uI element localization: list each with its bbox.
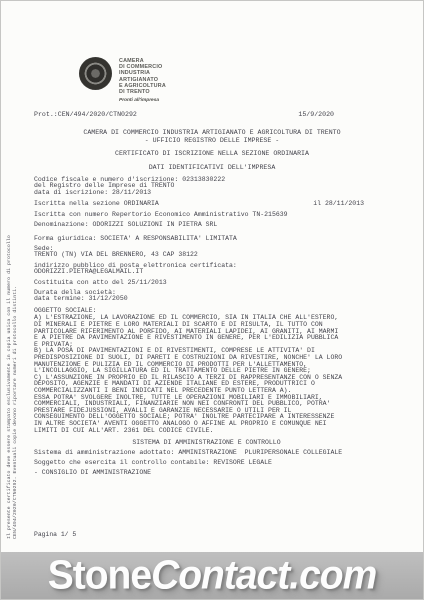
sistema-adottato: Sistema di amministrazione adottato: AMM…	[34, 450, 379, 456]
watermark-stone: Stone	[48, 552, 151, 597]
org-title-line1: CAMERA DI COMMERCIO INDUSTRIA ARTIGIANAT…	[1, 129, 423, 136]
field-sezione: Iscritta nella sezione ORDINARIA	[34, 201, 159, 207]
field-sezione-date: il 28/11/2013	[313, 201, 364, 207]
watermark-band: StoneContact.com	[1, 552, 423, 599]
chamber-tagline: Pronti all'impresa	[119, 98, 166, 103]
field-rea: Iscritta con numero Repertorio Economico…	[34, 212, 379, 218]
field-codice-fiscale: Codice fiscale e numero d'iscrizione: 02…	[34, 177, 379, 196]
field-durata: Durata della società: data termine: 31/1…	[34, 290, 379, 303]
sistema-title: SISTEMA DI AMMINISTRAZIONE E CONTROLLO	[34, 440, 379, 446]
stonecontact-watermark: StoneContact.com	[48, 552, 377, 598]
field-denominazione: Denominazione: ODORIZZI SOLUZIONI IN PIE…	[34, 222, 379, 228]
document-date: 15/9/2020	[298, 111, 334, 118]
sistema-consiglio: - CONSIGLIO DI AMMINISTRAZIONE	[34, 470, 379, 476]
chamber-logo-text: CAMERA DI COMMERCIO INDUSTRIA ARTIGIANAT…	[119, 57, 166, 103]
oggetto-sociale-body: A) L'ESTRAZIONE, LA LAVORAZIONE ED IL CO…	[34, 315, 379, 434]
field-forma-giuridica: Forma giuridica: SOCIETA' A RESPONSABILI…	[34, 236, 379, 242]
field-sede: Sede: TRENTO (TN) VIA DEL BRENNERO, 43 C…	[34, 246, 379, 259]
chamber-logo: CAMERA DI COMMERCIO INDUSTRIA ARTIGIANAT…	[79, 57, 166, 103]
section-title-dati-impresa: DATI IDENTIFICATIVI DELL'IMPRESA	[1, 164, 423, 171]
field-costituita: Costituita con atto del 25/11/2013	[34, 280, 379, 286]
protocol-number: Prot.:CEN/494/2020/CTN0292	[34, 111, 137, 118]
certificate-body: Codice fiscale e numero d'iscrizione: 02…	[34, 177, 379, 480]
field-pec: indirizzo pubblico di posta elettronica …	[34, 263, 379, 276]
protocol-row: Prot.:CEN/494/2020/CTN0292 15/9/2020	[34, 111, 334, 118]
scanned-certificate-page: Il presente certificato deve essere stam…	[0, 0, 424, 600]
certificate-title: CERTIFICATO DI ISCRIZIONE NELLA SEZIONE …	[1, 150, 423, 157]
chamber-seal-icon	[79, 57, 112, 90]
page-number: Pagina 1/ 5	[34, 531, 76, 538]
org-title-line2: - UFFICIO REGISTRO DELLE IMPRESE -	[1, 137, 423, 144]
watermark-contact: Contact	[151, 552, 289, 597]
chamber-name: CAMERA DI COMMERCIO INDUSTRIA ARTIGIANAT…	[119, 58, 166, 95]
margin-protocol-note: Il presente certificato deve essere stam…	[7, 41, 19, 539]
field-sezione-row: Iscritta nella sezione ORDINARIA il 28/1…	[34, 201, 364, 207]
watermark-com: .com	[289, 552, 376, 597]
sistema-controllo: Soggetto che esercita il controllo conta…	[34, 460, 379, 466]
margin-note-line-2: CEN/494/2020/CTN0292. Eventuali copie de…	[13, 41, 19, 539]
